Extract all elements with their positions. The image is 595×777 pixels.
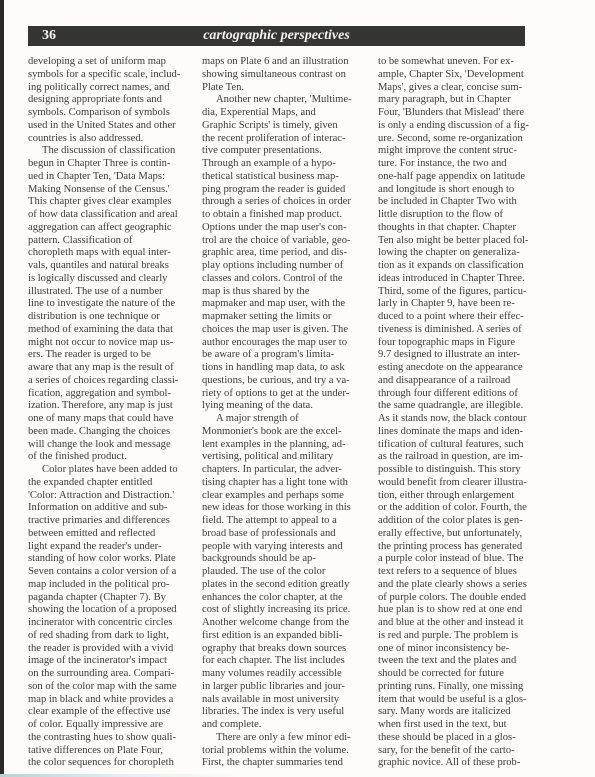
text-line: sary. Many words are italicized (378, 706, 554, 719)
text-line: Seven contains a color version of a (28, 566, 200, 579)
text-line: aggregation can affect geographic (28, 222, 200, 235)
text-line: map in black and white provides a (28, 694, 200, 707)
paragraph: Another new chapter, 'Multime-dia, Exper… (202, 94, 376, 413)
text-line: and longitude is short enough to (378, 184, 554, 197)
text-line: The discussion of classification (28, 145, 200, 158)
text-line: This chapter gives clear examples (28, 196, 200, 209)
text-line: ing politically correct names, and (28, 82, 200, 95)
text-line: broad base of professionals and (202, 528, 376, 541)
text-line: the printing process has generated (378, 541, 554, 554)
text-line: nals available in most university (202, 694, 376, 707)
text-line: graphic area, time period, and dis- (202, 247, 376, 260)
text-line: is only a ending discussion of a fig- (378, 120, 554, 133)
text-line: author encourages the map user to (202, 337, 376, 350)
text-line: tractive primaries and differences (28, 515, 200, 528)
text-line: aware that any map is the result of (28, 362, 200, 375)
text-line: possible to distinguish. This story (378, 464, 554, 477)
text-line: There are only a few minor edi- (202, 732, 376, 745)
text-line: map included in the political pro- (28, 579, 200, 592)
text-line: First, the chapter summaries tend (202, 757, 376, 770)
text-line: Another welcome change from the (202, 617, 376, 630)
paragraph: to be somewhat uneven. For ex-ample, Cha… (378, 56, 554, 770)
text-line: one of minor inconsistency be- (378, 643, 554, 656)
text-line: ers. The reader is urged to be (28, 349, 200, 362)
text-line: larly in Chapter 9, have been re- (378, 298, 554, 311)
text-line: enhances the color chapter, at the (202, 592, 376, 605)
text-line: Four, 'Blunders that Mislead' there (378, 107, 554, 120)
text-line: the expanded chapter entitled (28, 477, 200, 490)
text-line: standing of how color works. Plate (28, 553, 200, 566)
text-line: riety of options to get at the under- (202, 388, 376, 401)
text-line: Options under the map user's con- (202, 222, 376, 235)
text-line: addition of the color plates is gen- (378, 515, 554, 528)
text-line: son of the color map with the same (28, 681, 200, 694)
text-line: through a series of choices in order (202, 196, 376, 209)
text-line: printing runs. Finally, one missing (378, 681, 554, 694)
text-line: ample, Chapter Six, 'Development (378, 69, 554, 82)
paragraph: Color plates have been added tothe expan… (28, 464, 200, 770)
text-line: between emitted and reflected (28, 528, 200, 541)
text-line: fication, aggregation and symbol- (28, 388, 200, 401)
text-line: the recent proliferation of interac- (202, 133, 376, 146)
text-line: been made. Changing the choices (28, 426, 200, 439)
text-line: would benefit from clearer illustra- (378, 477, 554, 490)
text-line: lying meaning of the data. (202, 400, 376, 413)
text-line: is logically discussed and clearly (28, 273, 200, 286)
paragraph: maps on Plate 6 and an illustrationshowi… (202, 56, 376, 94)
text-line: Another new chapter, 'Multime- (202, 94, 376, 107)
text-line: image of the incinerator's impact (28, 655, 200, 668)
text-column-middle: maps on Plate 6 and an illustrationshowi… (202, 56, 376, 770)
text-line: cost of slightly increasing its price. (202, 604, 376, 617)
text-line: Information on additive and sub- (28, 502, 200, 515)
text-line: plates in the second edition greatly (202, 579, 376, 592)
text-line: 'Color: Attraction and Distraction.' (28, 490, 200, 503)
text-line: duced to a point where their effec- (378, 311, 554, 324)
text-line: A major strength of (202, 413, 376, 426)
text-line: tween the text and the plates and (378, 655, 554, 668)
text-line: should be corrected for future (378, 668, 554, 681)
text-line: tification of cultural features, such (378, 439, 554, 452)
text-line: four topographic maps in Figure (378, 337, 554, 350)
text-line: showing the location of a proposed (28, 604, 200, 617)
text-line: trol are the choice of variable, geo- (202, 235, 376, 248)
text-line: and disappearance of a railroad (378, 375, 554, 388)
text-line: item that would be useful is a glos- (378, 694, 554, 707)
text-column-left: developing a set of uniform mapsymbols f… (28, 56, 200, 770)
text-line: in larger public libraries and jour- (202, 681, 376, 694)
text-line: tive computer presentations. (202, 145, 376, 158)
text-line: to be somewhat uneven. For ex- (378, 56, 554, 69)
text-line: might not occur to novice map us- (28, 337, 200, 350)
text-line: begun in Chapter Three is contin- (28, 158, 200, 171)
text-line: thoughts in that chapter. Chapter (378, 222, 554, 235)
paragraph: There are only a few minor edi-torial pr… (202, 732, 376, 770)
text-line: ture. For instance, the two and (378, 158, 554, 171)
text-line: light expand the reader's under- (28, 541, 200, 554)
text-line: hue plan is to show red at one end (378, 604, 554, 617)
text-line: tiveness is diminished. A series of (378, 324, 554, 337)
text-line: and blue at the other and instead it (378, 617, 554, 630)
text-line: paganda chapter (Chapter 7). By (28, 592, 200, 605)
text-line: vertising, political and military (202, 451, 376, 464)
text-line: ued in Chapter Ten, 'Data Maps: (28, 171, 200, 184)
text-line: As it stands now, the black contour (378, 413, 554, 426)
paragraph: developing a set of uniform mapsymbols f… (28, 56, 200, 145)
text-line: map is thus shared by the (202, 286, 376, 299)
text-line: when first used in the text, but (378, 719, 554, 732)
text-line: be included in Chapter Two with (378, 196, 554, 209)
text-line: one of many maps that could have (28, 413, 200, 426)
text-line: tions in handling map data, to ask (202, 362, 376, 375)
text-line: incinerator with concentric circles (28, 617, 200, 630)
text-line: choropleth maps with equal inter- (28, 247, 200, 260)
text-line: maps on Plate 6 and an illustration (202, 56, 376, 69)
text-line: ure. Second, some re-organization (378, 133, 554, 146)
text-line: plauded. The use of the color (202, 566, 376, 579)
text-line: vals, quantiles and natural breaks (28, 260, 200, 273)
text-line: Color plates have been added to (28, 464, 200, 477)
text-line: 9.7 designed to illustrate an inter- (378, 349, 554, 362)
text-line: lines dominate the maps and iden- (378, 426, 554, 439)
text-line: as the railroad in question, are im- (378, 451, 554, 464)
text-line: of color. Equally impressive are (28, 719, 200, 732)
text-line: classes and colors. Control of the (202, 273, 376, 286)
text-column-right: to be somewhat uneven. For ex-ample, Cha… (378, 56, 554, 770)
text-line: illustrated. The use of a number (28, 286, 200, 299)
text-line: Making Nonsense of the Census.' (28, 184, 200, 197)
text-line: for each chapter. The list includes (202, 655, 376, 668)
text-line: line to investigate the nature of the (28, 298, 200, 311)
running-title: cartographic perspectives (28, 28, 525, 44)
text-line: ideas introduced in Chapter Three. (378, 273, 554, 286)
text-line: one-half page appendix on latitude (378, 171, 554, 184)
text-line: countries is also addressed. (28, 133, 200, 146)
text-line: Maps', gives a clear, concise sum- (378, 82, 554, 95)
text-line: or the addition of color. Fourth, the (378, 502, 554, 515)
text-line: libraries. The index is very useful (202, 706, 376, 719)
text-line: the same quadrangle, are illegible. (378, 400, 554, 413)
text-line: developing a set of uniform map (28, 56, 200, 69)
text-line: thetical statistical business map- (202, 171, 376, 184)
text-line: Graphic Scripts' is timely, given (202, 120, 376, 133)
text-line: many volumes readily accessible (202, 668, 376, 681)
text-line: ping program the reader is guided (202, 184, 376, 197)
text-line: torial problems within the volume. (202, 745, 376, 758)
text-line: ography that breaks down sources (202, 643, 376, 656)
text-line: of red shading from dark to light, (28, 630, 200, 643)
text-line: and the plate clearly shows a series (378, 579, 554, 592)
text-line: the reader is provided with a vivid (28, 643, 200, 656)
page-binding-edge (0, 0, 4, 777)
text-line: designing appropriate fonts and (28, 94, 200, 107)
running-header: 36 cartographic perspectives (28, 26, 525, 46)
text-line: showing simultaneous contrast on (202, 69, 376, 82)
text-line: chapters. In particular, the adver- (202, 464, 376, 477)
text-line: lowing the chapter on generaliza- (378, 247, 554, 260)
text-line: might improve the content struc- (378, 145, 554, 158)
text-line: new ideas for those working in this (202, 502, 376, 515)
text-line: ization. Therefore, any map is just (28, 400, 200, 413)
text-line: text refers to a sequence of blues (378, 566, 554, 579)
text-line: Through an example of a hypo- (202, 158, 376, 171)
text-line: will change the look and message (28, 439, 200, 452)
text-line: tion, either through enlargement (378, 490, 554, 503)
text-line: sary, for the benefit of the carto- (378, 745, 554, 758)
text-line: a purple color instead of blue. The (378, 553, 554, 566)
text-line: play options including number of (202, 260, 376, 273)
text-line: Plate Ten. (202, 82, 376, 95)
text-line: pattern. Classification of (28, 235, 200, 248)
text-line: on the surrounding area. Compari- (28, 668, 200, 681)
text-line: little disruption to the flow of (378, 209, 554, 222)
text-line: Third, some of the figures, particu- (378, 286, 554, 299)
text-line: mary paragraph, but in Chapter (378, 94, 554, 107)
text-line: first edition is an expanded bibli- (202, 630, 376, 643)
text-line: symbols. Comparison of symbols (28, 107, 200, 120)
text-line: lent examples in the planning, ad- (202, 439, 376, 452)
text-line: Monmonier's book are the excel- (202, 426, 376, 439)
text-line: clear examples and perhaps some (202, 490, 376, 503)
text-line: mapmaker setting the limits or (202, 311, 376, 324)
text-line: used in the United States and other (28, 120, 200, 133)
text-line: esting anecdote on the appearance (378, 362, 554, 375)
text-line: graphic novice. All of these prob- (378, 757, 554, 770)
text-line: method of examining the data that (28, 324, 200, 337)
text-line: clear example of the effective use (28, 706, 200, 719)
text-line: tion as it expands on classification (378, 260, 554, 273)
text-line: erally effective, but unfortunately, (378, 528, 554, 541)
text-line: the color sequences for choropleth (28, 757, 200, 770)
text-line: Ten also might be better placed fol- (378, 235, 554, 248)
text-line: choices the map user is given. The (202, 324, 376, 337)
text-line: symbols for a specific scale, includ- (28, 69, 200, 82)
text-line: to obtain a finished map product. (202, 209, 376, 222)
text-line: backgrounds should be ap- (202, 553, 376, 566)
text-line: tative differences on Plate Four, (28, 745, 200, 758)
text-line: people with varying interests and (202, 541, 376, 554)
text-line: is red and purple. The problem is (378, 630, 554, 643)
text-line: mapmaker and map user, with the (202, 298, 376, 311)
text-line: questions, be curious, and try a va- (202, 375, 376, 388)
text-line: of the finished product. (28, 451, 200, 464)
paragraph: A major strength ofMonmonier's book are … (202, 413, 376, 732)
text-line: of purple colors. The double ended (378, 592, 554, 605)
text-line: be aware of a program's limita- (202, 349, 376, 362)
text-line: these should be placed in a glos- (378, 732, 554, 745)
text-line: of how data classification and areal (28, 209, 200, 222)
paragraph: The discussion of classificationbegun in… (28, 145, 200, 464)
text-line: field. The attempt to appeal to a (202, 515, 376, 528)
text-line: and complete. (202, 719, 376, 732)
text-line: through four different editions of (378, 388, 554, 401)
text-line: distribution is one technique or (28, 311, 200, 324)
text-line: the contrasting hues to show quali- (28, 732, 200, 745)
text-line: a series of choices regarding classi- (28, 375, 200, 388)
text-line: dia, Experential Maps, and (202, 107, 376, 120)
text-line: tising chapter has a light tone with (202, 477, 376, 490)
